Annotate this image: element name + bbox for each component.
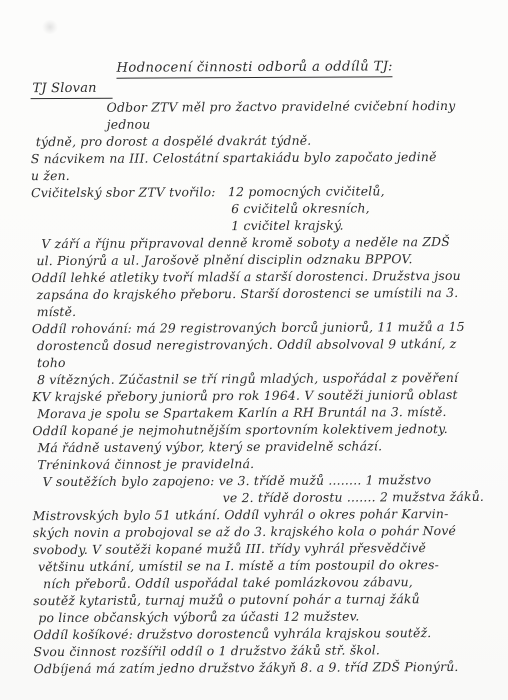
- text-line: 1 cvičitel krajský.: [231, 216, 483, 234]
- text-line: Odbor ZTV měl pro žactvo pravidelné cvič…: [107, 97, 483, 133]
- text-line: ve 2. třídě dorostu ....... 2 mužstva žá…: [223, 488, 485, 506]
- text-line: soutěž kytaristů, turnaj mužů o putovní …: [33, 590, 485, 609]
- club-heading-row: TJ Slovan: [30, 77, 482, 99]
- club-heading: TJ Slovan: [30, 80, 112, 99]
- text-line: Odbíjená má zatím jedno družstvo žákyň 8…: [34, 658, 486, 677]
- text-line: Oddíl košíkové: družstvo dorostenců vyhr…: [33, 624, 485, 643]
- document-title: Hodnocení činnosti odborů a oddílů TJ:: [116, 58, 392, 78]
- page-title-row: Hodnocení činnosti odborů a oddílů TJ:: [30, 57, 482, 79]
- handwritten-text: Hodnocení činnosti odborů a oddílů TJ: T…: [30, 57, 485, 677]
- scan-smudge: [42, 20, 58, 34]
- text-line: dorostenců dosud neregistrovaných. Oddíl…: [37, 335, 484, 371]
- scanned-page: Hodnocení činnosti odborů a oddílů TJ: T…: [0, 0, 508, 700]
- text-line: většinu utkání, umístil se na I. místě a…: [38, 556, 485, 575]
- text-line: zapsána do krajského přeboru. Starší dor…: [37, 284, 484, 320]
- text-line: S nácvikem na III. Celostátní spartakiád…: [31, 148, 483, 167]
- text-line: V září a říjnu připravoval denně kromě s…: [41, 233, 483, 252]
- text-line: 6 cvičitelů okresních,: [231, 199, 483, 217]
- text-line: Oddíl kopané je nejmohutnějším sportovní…: [32, 420, 484, 439]
